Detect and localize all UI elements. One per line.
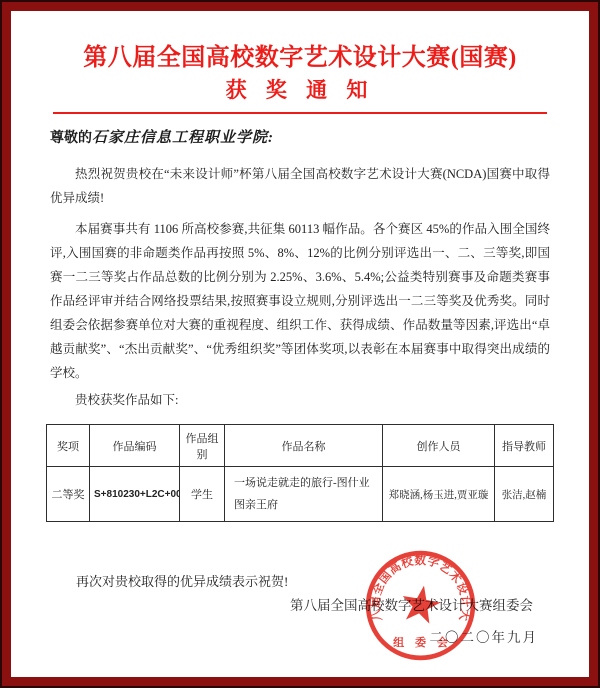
paragraph-congratulations: 热烈祝贺贵校在“未来设计师”杯第八届全国高校数字艺术设计大赛(NCDA)国赛中取… (50, 162, 550, 210)
cell-advisors: 张洁,赵楠 (495, 467, 554, 522)
greeting-line: 尊敬的石家庄信息工程职业学院: (50, 128, 550, 149)
paragraph-works-intro: 贵校获奖作品如下: (50, 388, 550, 412)
title-divider-line (53, 112, 547, 114)
cell-creators: 郑晓涵,杨玉进,贾亚璇 (383, 467, 495, 522)
school-name: 石家庄信息工程职业学院: (92, 130, 274, 146)
document-content: 第八届全国高校数字艺术设计大赛(国赛) 获 奖 通 知 尊敬的石家庄信息工程职业… (11, 11, 589, 677)
header-work-code: 作品编码 (90, 425, 180, 467)
cell-work-name: 一场说走就走的旅行-图什业图亲王府 (225, 467, 383, 522)
cell-award: 二等奖 (47, 467, 90, 522)
document-subtitle: 获 奖 通 知 (50, 76, 550, 104)
awards-table: 奖项 作品编码 作品组别 作品名称 创作人员 指导教师 二等奖 S+810230… (46, 424, 554, 522)
header-award: 奖项 (47, 425, 90, 467)
award-notice-document: 第八届全国高校数字艺术设计大赛(国赛) 获 奖 通 知 尊敬的石家庄信息工程职业… (0, 0, 600, 688)
greeting-prefix: 尊敬的 (50, 131, 92, 146)
stamp-star-icon (399, 582, 443, 625)
awards-table-header-row: 奖项 作品编码 作品组别 作品名称 创作人员 指导教师 (47, 425, 554, 467)
awards-table-row: 二等奖 S+810230+L2C+001 学生 一场说走就走的旅行-图什业图亲王… (47, 467, 554, 522)
document-title: 第八届全国高校数字艺术设计大赛(国赛) (50, 44, 550, 73)
official-seal-stamp: 第八届全国高校数字艺术设计大赛 组 委 会 (350, 535, 491, 676)
cell-work-code: S+810230+L2C+001 (90, 467, 180, 522)
header-advisors: 指导教师 (495, 425, 554, 467)
header-work-group: 作品组别 (180, 425, 225, 467)
stamp-bottom-text: 组 委 会 (393, 635, 452, 649)
header-work-name: 作品名称 (225, 425, 383, 467)
header-creators: 创作人员 (383, 425, 495, 467)
paragraph-event-stats: 本届赛事共有 1106 所高校参赛,共征集 60113 幅作品。各个赛区 45%… (50, 217, 550, 385)
cell-work-group: 学生 (180, 467, 225, 522)
